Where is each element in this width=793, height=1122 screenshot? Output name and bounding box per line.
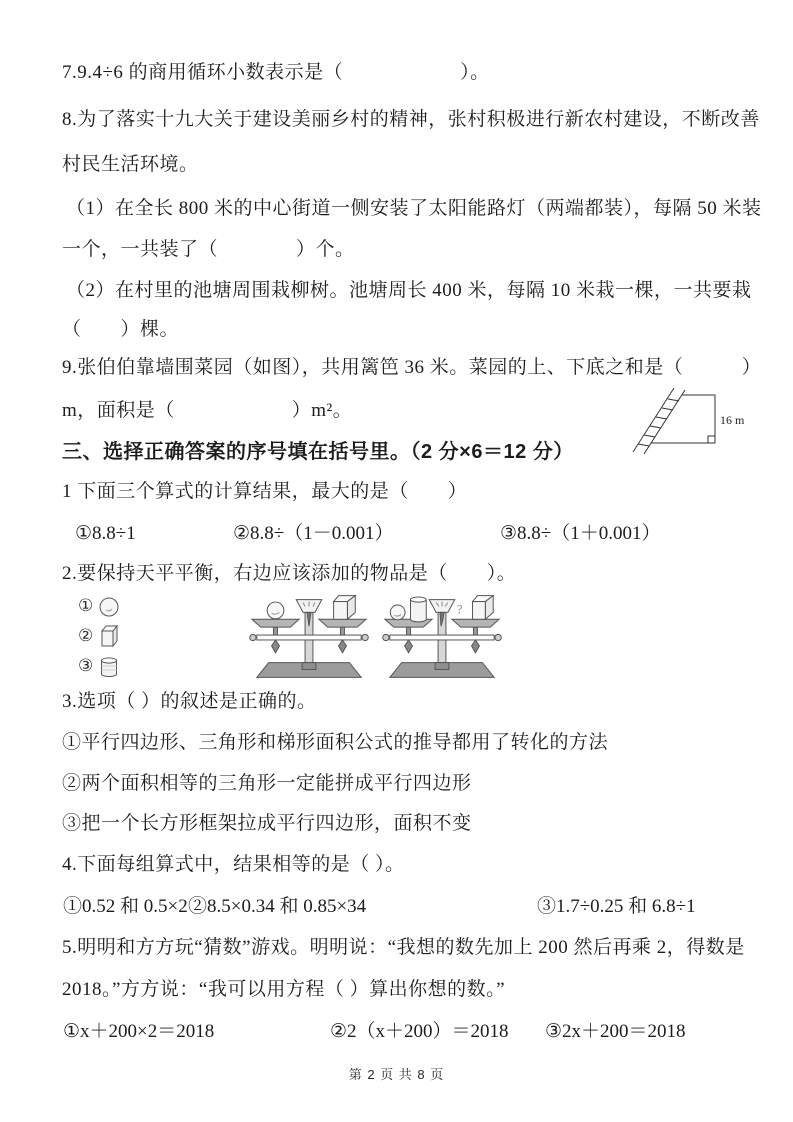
- question-8-sub1-line2: 一个，一共装了（ ）个。: [62, 237, 355, 263]
- balance-scale-2: ?: [378, 593, 506, 683]
- trapezoid-garden-figure: 16 m: [627, 381, 762, 459]
- choice-5-question-line2: 2018。”方方说：“我可以用方程（ ）算出你想的数。”: [62, 977, 505, 1003]
- choice-4-option-3: ③1.7÷0.25 和 6.8÷1: [537, 894, 696, 920]
- question-7: 7.9.4÷6 的商用循环小数表示是（ ）。: [62, 60, 490, 86]
- choice-4-question: 4.下面每组算式中，结果相等的是（ ）。: [62, 852, 405, 878]
- choice-3-option-3: ③把一个长方形框架拉成平行四边形，面积不变: [62, 811, 472, 837]
- option-3-label: ③: [78, 656, 93, 676]
- choice-5-option-2: ②2（x＋200）＝2018: [330, 1019, 509, 1045]
- exam-page: 7.9.4÷6 的商用循环小数表示是（ ）。 8.为了落实十九大关于建设美丽乡村…: [0, 0, 793, 1122]
- choice-5-option-3: ③2x＋200＝2018: [545, 1019, 686, 1045]
- choice-2-shape-options: ① ② ③: [78, 592, 120, 679]
- choice-1-option-1: ①8.8÷1: [75, 521, 136, 547]
- choice-1-option-2: ②8.8÷（1－0.001）: [233, 521, 393, 547]
- section-3-header: 三、选择正确答案的序号填在括号里。（2 分×6＝12 分）: [62, 439, 574, 465]
- question-8-sub2-line1: （2）在村里的池塘周围栽柳树。池塘周长 400 米，每隔 10 米栽一棵，一共要…: [66, 278, 752, 304]
- figure-height-label: 16 m: [720, 413, 745, 427]
- shape-option-2: ②: [78, 622, 120, 649]
- choice-3-question: 3.选项（ ）的叙述是正确的。: [62, 689, 317, 715]
- question-8-line1: 8.为了落实十九大关于建设美丽乡村的精神，张村积极进行新农村建设，不断改善: [62, 107, 760, 133]
- choice-4-option-1: ①0.52 和 0.5×2: [63, 894, 188, 920]
- question-9-line1: 9.张伯伯靠墙围菜园（如图），共用篱笆 36 米。菜园的上、下底之和是（ ）: [62, 355, 761, 381]
- cylinder-icon: [98, 653, 120, 679]
- question-9-line2: m，面积是（ ）m²。: [62, 398, 352, 424]
- page-number-footer: 第 2 页 共 8 页: [0, 1064, 793, 1083]
- choice-3-option-2: ②两个面积相等的三角形一定能拼成平行四边形: [62, 771, 472, 797]
- question-8-line2: 村民生活环境。: [62, 152, 199, 178]
- option-1-label: ①: [78, 596, 93, 616]
- choice-1-option-3: ③8.8÷（1＋0.001）: [500, 521, 660, 547]
- choice-2-question: 2.要保持天平平衡，右边应该添加的物品是（ ）。: [62, 561, 516, 587]
- balance-scale-1: [245, 593, 373, 683]
- choice-5-option-1: ①x＋200×2＝2018: [63, 1019, 214, 1045]
- shape-option-3: ③: [78, 652, 120, 679]
- cuboid-icon: [98, 623, 120, 649]
- sphere-icon: [98, 594, 120, 618]
- choice-1-question: 1 下面三个算式的计算结果，最大的是（ ）: [62, 479, 467, 505]
- shape-option-1: ①: [78, 592, 120, 619]
- choice-5-question-line1: 5.明明和方方玩“猜数”游戏。明明说：“我想的数先加上 200 然后再乘 2，得…: [62, 935, 745, 961]
- option-2-label: ②: [78, 626, 93, 646]
- choice-4-option-2: ②8.5×0.34 和 0.85×34: [188, 894, 366, 920]
- question-8-sub1-line1: （1）在全长 800 米的中心街道一侧安装了太阳能路灯（两端都装），每隔 50 …: [66, 196, 762, 222]
- question-8-sub2-line2: （ ）棵。: [62, 317, 179, 343]
- choice-3-option-1: ①平行四边形、三角形和梯形面积公式的推导都用了转化的方法: [62, 730, 608, 756]
- unknown-item-question-mark: ?: [457, 602, 463, 616]
